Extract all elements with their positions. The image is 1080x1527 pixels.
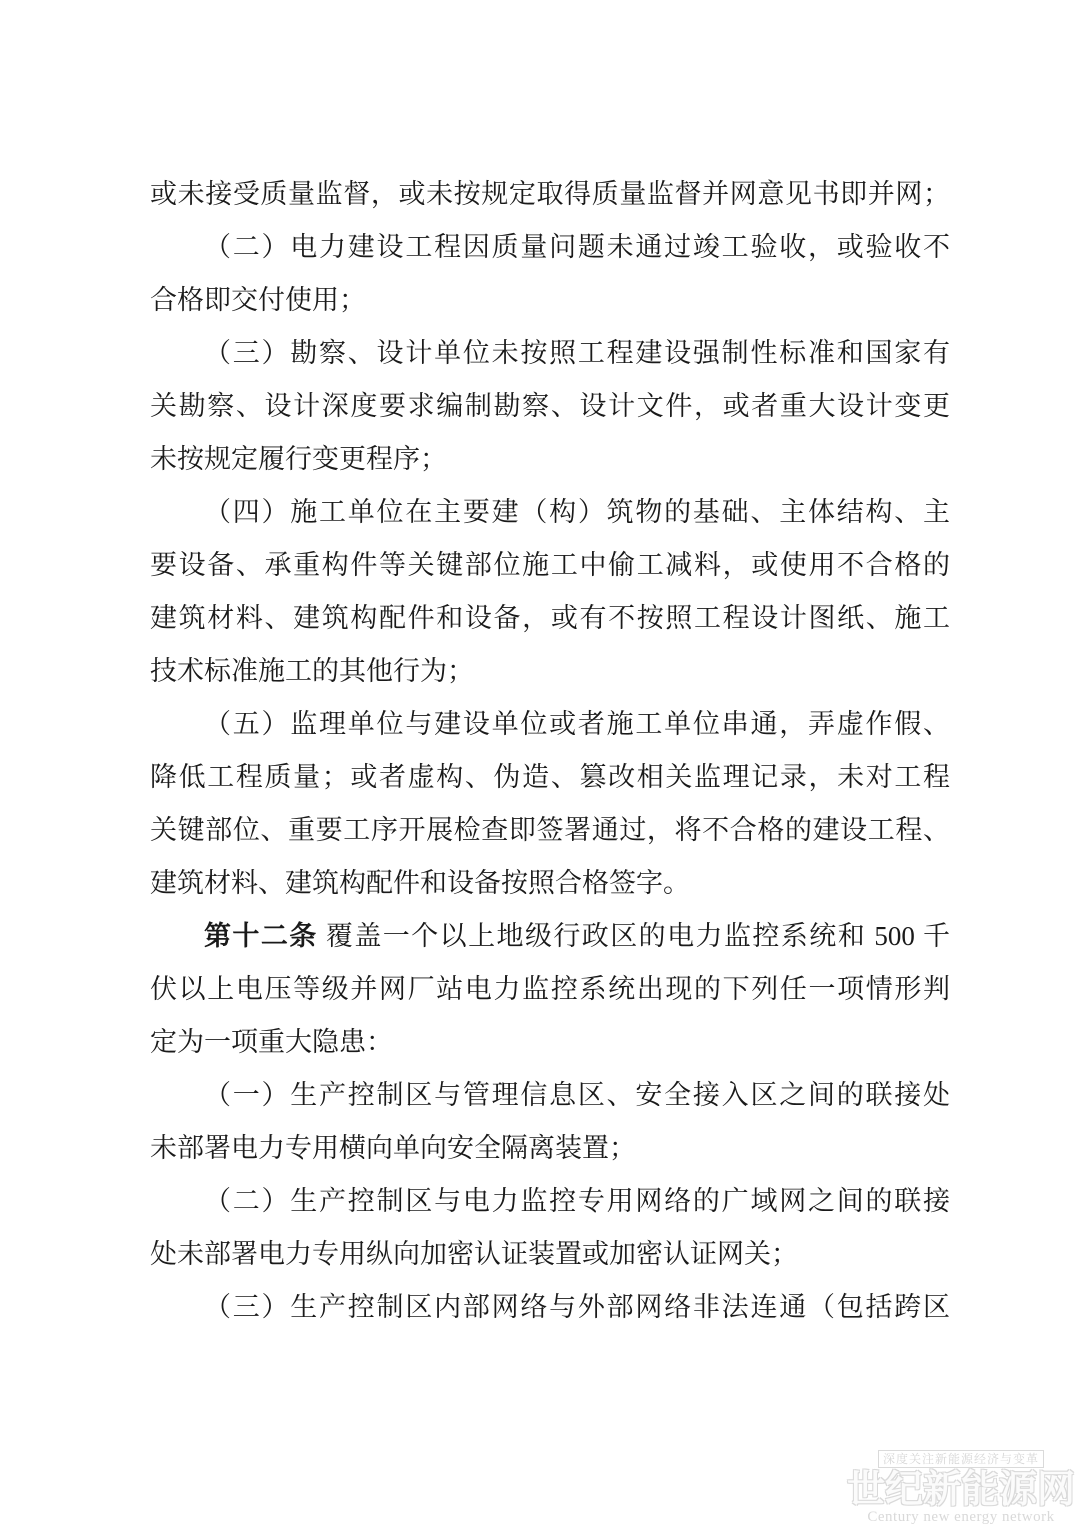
line-text: （三）勘察、设计单位未按照工程建设强制性标准和国家有 <box>204 338 950 368</box>
line-text: 处未部署电力专用纵向加密认证装置或加密认证网关； <box>150 1239 798 1269</box>
document-line: 或未接受质量监督，或未按规定取得质量监督并网意见书即并网； <box>150 168 950 221</box>
line-text: 合格即交付使用； <box>150 285 366 315</box>
document-line: （四）施工单位在主要建（构）筑物的基础、主体结构、主 <box>150 486 950 539</box>
line-text: 技术标准施工的其他行为； <box>150 656 474 686</box>
document-line: 建筑材料、建筑构配件和设备，或有不按照工程设计图纸、施工 <box>150 592 950 645</box>
watermark-title: 世纪新能源网 <box>842 1470 1080 1510</box>
line-text: 未部署电力专用横向单向安全隔离装置； <box>150 1133 636 1163</box>
line-text: 降低工程质量；或者虚构、伪造、篡改相关监理记录，未对工程 <box>150 762 950 792</box>
line-text: 未按规定履行变更程序； <box>150 444 447 474</box>
document-line: 关键部位、重要工序开展检查即签署通过，将不合格的建设工程、 <box>150 804 950 857</box>
line-text: 要设备、承重构件等关键部位施工中偷工减料，或使用不合格的 <box>150 550 950 580</box>
document-line: （三）勘察、设计单位未按照工程建设强制性标准和国家有 <box>150 327 950 380</box>
watermark: 深度关注新能源经济与变革 世纪新能源网 Century new energy n… <box>842 1450 1080 1525</box>
document-line: （二）生产控制区与电力监控专用网络的广域网之间的联接 <box>150 1175 950 1228</box>
document-line: 未部署电力专用横向单向安全隔离装置； <box>150 1122 950 1175</box>
article-number-label: 第十二条 <box>204 921 318 951</box>
document-page: { "page": { "background": "#ffffff", "te… <box>0 0 1080 1527</box>
document-line: 关勘察、设计深度要求编制勘察、设计文件，或者重大设计变更 <box>150 380 950 433</box>
document-line: 伏以上电压等级并网厂站电力监控系统出现的下列任一项情形判 <box>150 963 950 1016</box>
line-text: 覆盖一个以上地级行政区的电力监控系统和 500 千 <box>318 921 950 951</box>
document-line: 建筑材料、建筑构配件和设备按照合格签字。 <box>150 857 950 910</box>
line-text: （四）施工单位在主要建（构）筑物的基础、主体结构、主 <box>204 497 950 527</box>
line-text: 伏以上电压等级并网厂站电力监控系统出现的下列任一项情形判 <box>150 974 950 1004</box>
document-line: 定为一项重大隐患： <box>150 1016 950 1069</box>
document-line: 处未部署电力专用纵向加密认证装置或加密认证网关； <box>150 1228 950 1281</box>
line-text: （一）生产控制区与管理信息区、安全接入区之间的联接处 <box>204 1080 950 1110</box>
document-line: （二）电力建设工程因质量问题未通过竣工验收，或验收不 <box>150 221 950 274</box>
document-line: 要设备、承重构件等关键部位施工中偷工减料，或使用不合格的 <box>150 539 950 592</box>
document-line: 降低工程质量；或者虚构、伪造、篡改相关监理记录，未对工程 <box>150 751 950 804</box>
line-text: （二）生产控制区与电力监控专用网络的广域网之间的联接 <box>204 1186 950 1216</box>
watermark-tagline: 深度关注新能源经济与变革 <box>878 1450 1044 1468</box>
document-line: 合格即交付使用； <box>150 274 950 327</box>
document-line: 未按规定履行变更程序； <box>150 433 950 486</box>
document-line: （五）监理单位与建设单位或者施工单位串通，弄虚作假、 <box>150 698 950 751</box>
line-text: （三）生产控制区内部网络与外部网络非法连通（包括跨区 <box>204 1292 950 1322</box>
document-body: 或未接受质量监督，或未按规定取得质量监督并网意见书即并网；（二）电力建设工程因质… <box>150 168 950 1334</box>
document-line: 第十二条 覆盖一个以上地级行政区的电力监控系统和 500 千 <box>150 910 950 963</box>
line-text: （五）监理单位与建设单位或者施工单位串通，弄虚作假、 <box>204 709 950 739</box>
line-text: 定为一项重大隐患： <box>150 1027 393 1057</box>
line-text: 关键部位、重要工序开展检查即签署通过，将不合格的建设工程、 <box>150 815 950 845</box>
line-text: 或未接受质量监督，或未按规定取得质量监督并网意见书即并网； <box>150 179 950 209</box>
line-text: 建筑材料、建筑构配件和设备，或有不按照工程设计图纸、施工 <box>150 603 950 633</box>
document-line: 技术标准施工的其他行为； <box>150 645 950 698</box>
line-text: （二）电力建设工程因质量问题未通过竣工验收，或验收不 <box>204 232 950 262</box>
document-line: （一）生产控制区与管理信息区、安全接入区之间的联接处 <box>150 1069 950 1122</box>
line-text: 建筑材料、建筑构配件和设备按照合格签字。 <box>150 868 690 898</box>
document-line: （三）生产控制区内部网络与外部网络非法连通（包括跨区 <box>150 1281 950 1334</box>
watermark-subtitle: Century new energy network <box>842 1510 1080 1525</box>
line-text: 关勘察、设计深度要求编制勘察、设计文件，或者重大设计变更 <box>150 391 950 421</box>
